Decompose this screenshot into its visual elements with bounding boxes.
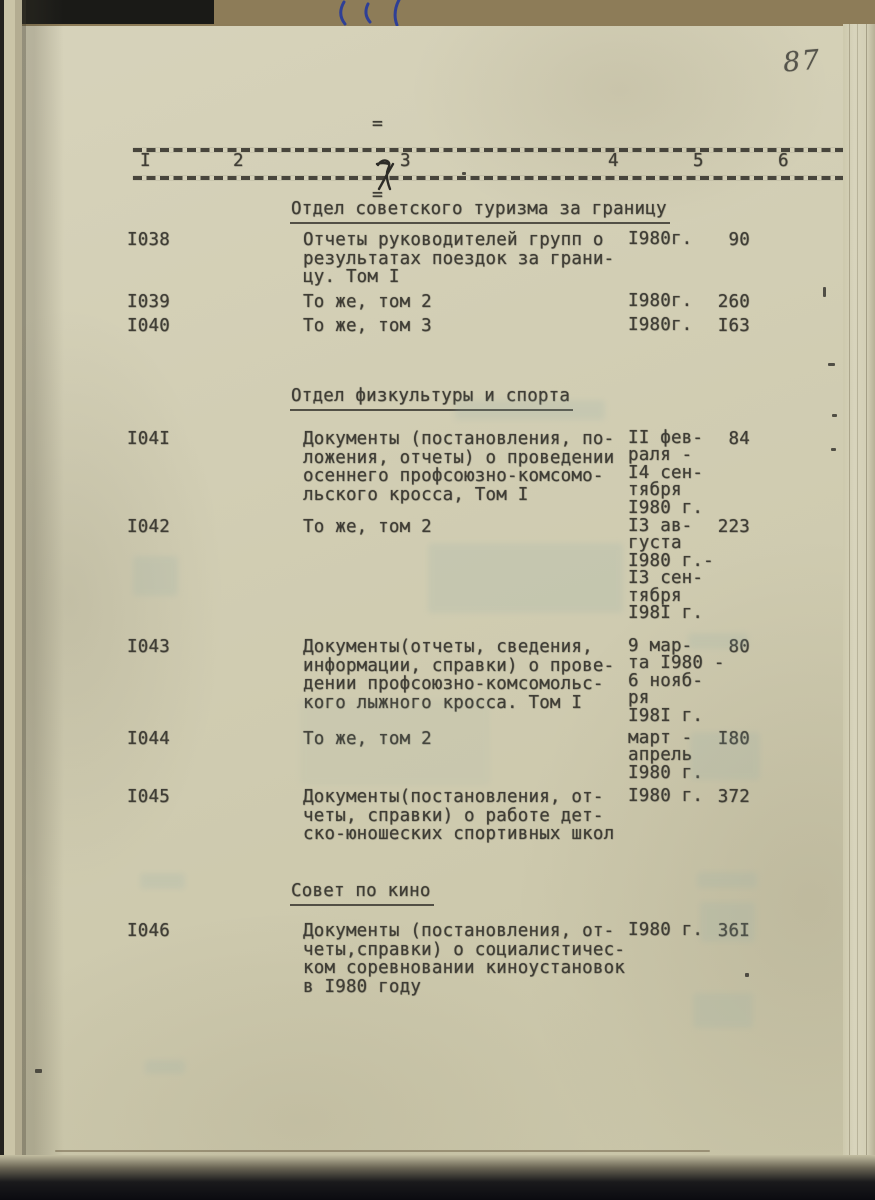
ruler-column-number: 4 [608, 152, 619, 171]
ink-bleed-ghost [140, 873, 185, 889]
file-description-cell: То же, том 3 [303, 317, 633, 336]
ink-bleed-ghost [300, 700, 490, 785]
dust-speck [832, 414, 837, 417]
file-description-cell: То же, том 2 [303, 518, 633, 537]
scanner-shadow-bottom [0, 1155, 875, 1200]
scanned-archive-page: 87 = = I23456 Отдел советского туризма з… [0, 0, 875, 1200]
ruler-column-number: I [140, 152, 151, 171]
file-description-cell: Документы (постановления, от- четы,справ… [303, 922, 633, 996]
file-description-cell: То же, том 2 [303, 293, 633, 312]
dust-speck [828, 363, 835, 366]
page-stack-right-edge [843, 24, 875, 1164]
ruler-column-number: 3 [400, 152, 411, 171]
ink-bleed-ghost [133, 556, 178, 596]
ink-bleed-ghost [428, 543, 623, 613]
section-title: Отдел советского туризма за границу [290, 200, 670, 224]
typed-page-number: = = [372, 96, 402, 211]
dust-speck [462, 172, 466, 175]
file-number-cell: I039 [127, 293, 170, 312]
section-title: Совет по кино [290, 882, 434, 906]
file-description-cell: Отчеты руководителей групп о результатах… [303, 231, 633, 287]
file-number-cell: I045 [127, 788, 170, 807]
file-number-cell: I04I [127, 430, 170, 449]
file-page-count-cell: I63 [670, 317, 750, 336]
ruler-dashed-line-bottom [133, 176, 845, 180]
ruler-column-number: 5 [693, 152, 704, 171]
ink-bleed-ghost [145, 1060, 185, 1074]
dust-speck [823, 287, 826, 297]
file-number-cell: I044 [127, 730, 170, 749]
file-description-cell: Документы (постановления, по- ложения, о… [303, 430, 633, 504]
file-number-cell: I038 [127, 231, 170, 250]
file-number-cell: I040 [127, 317, 170, 336]
file-number-cell: I046 [127, 922, 170, 941]
file-number-cell: I043 [127, 638, 170, 657]
file-page-count-cell: 223 [670, 518, 750, 537]
file-page-count-cell: 84 [670, 430, 750, 449]
ink-bleed-ghost [693, 993, 753, 1028]
dust-speck [831, 448, 836, 451]
dust-speck [745, 973, 749, 977]
ink-bleed-ghost [700, 902, 755, 942]
binding-left-edge [0, 0, 22, 1200]
handwritten-correction-mark [374, 139, 400, 173]
file-page-count-cell: 260 [670, 293, 750, 312]
ink-bleed-ghost [690, 732, 760, 780]
file-number-cell: I042 [127, 518, 170, 537]
ink-bleed-ghost [455, 400, 605, 420]
file-page-count-cell: 372 [670, 788, 750, 807]
ink-bleed-ghost [688, 633, 748, 649]
file-description-cell: Документы(постановления, от- четы, справ… [303, 788, 633, 844]
ruler-column-number: 6 [778, 152, 789, 171]
typed-equals-left: = [372, 113, 383, 134]
gutter-shadow [22, 0, 64, 1200]
file-page-count-cell: 90 [670, 231, 750, 250]
page-bottom-edge-line [55, 1150, 710, 1152]
ruler-column-number: 2 [233, 152, 244, 171]
blue-ink-marks [0, 0, 875, 26]
ink-bleed-ghost [697, 872, 757, 888]
handwritten-page-number: 87 [782, 44, 823, 78]
